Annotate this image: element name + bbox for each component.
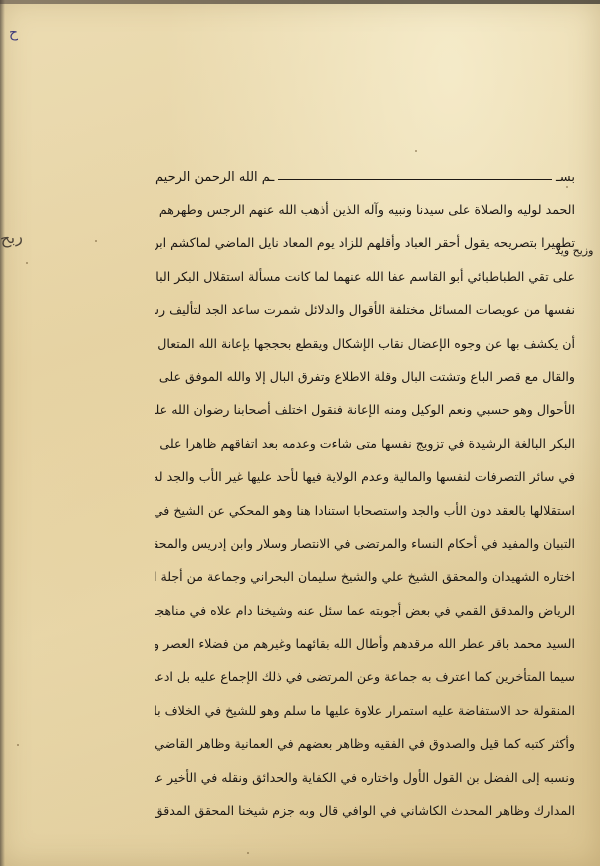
page-left-edge bbox=[0, 0, 5, 866]
text-line: التبيان والمفيد في أحكام النساء والمرتضى… bbox=[155, 527, 575, 560]
manuscript-page: ح ربح وزيح ويد بسـ ـم الله الرحمن الرحيم… bbox=[0, 0, 600, 866]
text-line: سيما المتأخرين كما اعترف به جماعة وعن ال… bbox=[155, 660, 575, 693]
text-line: على تقي الطباطبائي أبو القاسم عفا الله ع… bbox=[155, 260, 575, 293]
basmala-heading: بسـ ـم الله الرحمن الرحيم bbox=[155, 166, 575, 188]
basmala-extended-stroke bbox=[278, 179, 552, 180]
paper-speck bbox=[247, 852, 249, 854]
text-line: تطهيرا بتصريحه يقول أحقر العباد وأقلهم ل… bbox=[155, 226, 575, 259]
basmala-end: ـم الله الرحمن الرحيم bbox=[155, 170, 274, 185]
paper-speck bbox=[26, 262, 28, 264]
text-line: اختاره الشهيدان والمحقق الشيخ علي والشيخ… bbox=[155, 560, 575, 593]
text-line: استقلالها بالعقد دون الأب والجد واستصحاب… bbox=[155, 494, 575, 527]
text-line: أن يكشف بها عن وجوه الإعضال نقاب الإشكال… bbox=[155, 327, 575, 360]
basmala-start: بسـ bbox=[556, 170, 575, 185]
text-line: المنقولة حد الاستفاضة عليه استمرار علاوة… bbox=[155, 694, 575, 727]
text-line: الرياض والمدقق القمي في بعض أجوبته عما س… bbox=[155, 594, 575, 627]
text-line: في سائر التصرفات لنفسها والمالية وعدم ال… bbox=[155, 460, 575, 493]
text-line: الحمد لوليه والصلاة على سيدنا ونبيه وآله… bbox=[155, 193, 575, 226]
text-line: السيد محمد باقر عطر الله مرقدهم وأطال ال… bbox=[155, 627, 575, 660]
text-line-last: المدارك وظاهر المحدث الكاشاني في الوافي … bbox=[155, 794, 575, 827]
text-line: وأكثر كتبه كما قيل والصدوق في الفقيه وظا… bbox=[155, 727, 575, 760]
text-line: البكر البالغة الرشيدة في تزويج نفسها متى… bbox=[155, 427, 575, 460]
paper-speck bbox=[95, 240, 97, 242]
text-line: الأحوال وهو حسبي ونعم الوكيل ومنه الإعان… bbox=[155, 393, 575, 426]
manuscript-text-block: بسـ ـم الله الرحمن الرحيم الحمد لوليه وا… bbox=[155, 166, 575, 827]
text-line: نفسها من عويصات المسائل مختلفة الأقوال و… bbox=[155, 293, 575, 326]
text-line: ونسبه إلى الفضل بن القول الأول واختاره ف… bbox=[155, 761, 575, 794]
text-line: والقال مع قصر الباع وتشتت البال وقلة الا… bbox=[155, 360, 575, 393]
paper-speck bbox=[17, 744, 19, 746]
page-top-edge bbox=[0, 0, 600, 4]
paper-speck bbox=[415, 150, 417, 152]
left-margin-note: ربح bbox=[0, 227, 24, 249]
corner-ink-mark: ح bbox=[9, 26, 18, 40]
